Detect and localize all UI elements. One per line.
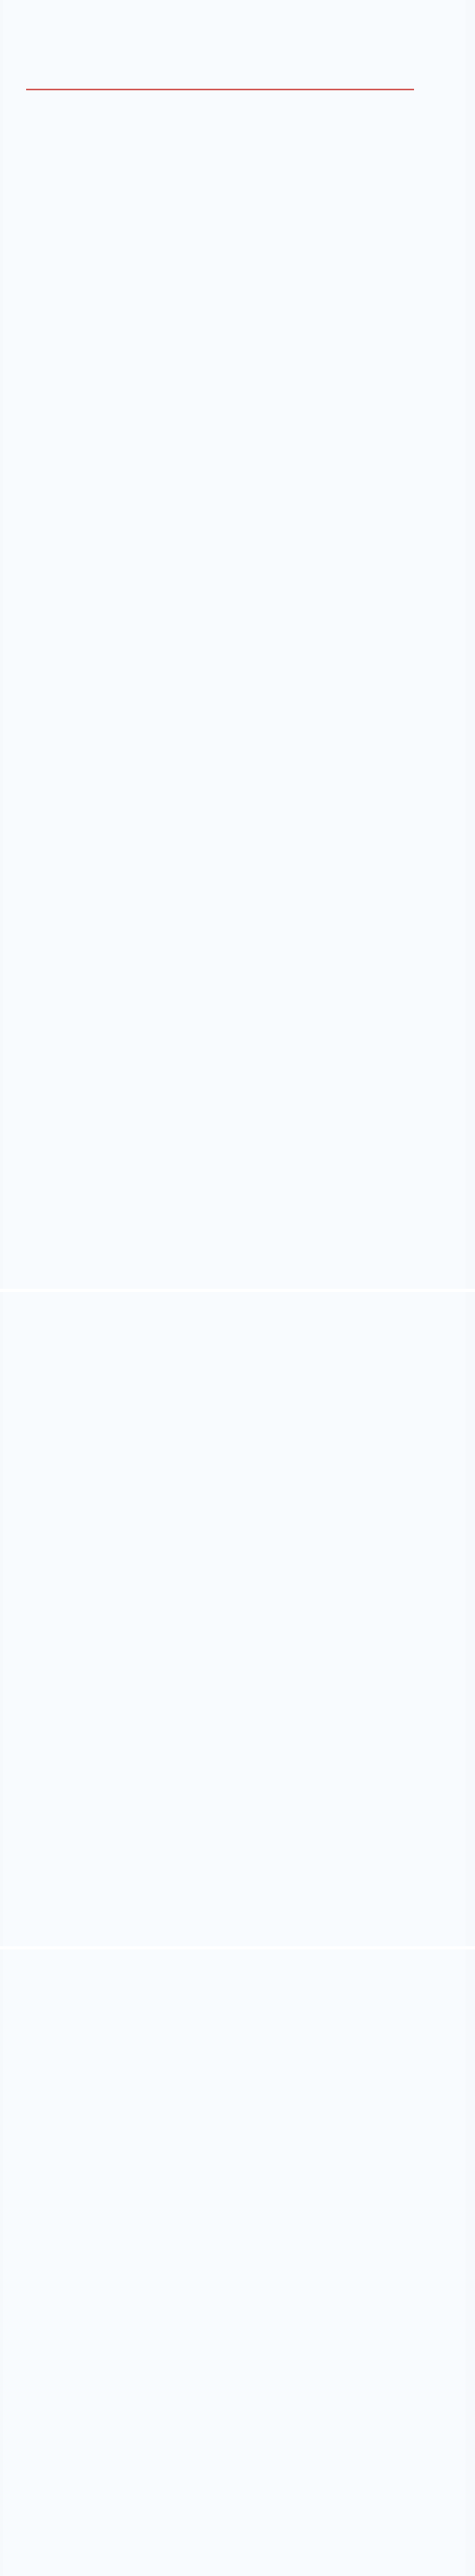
page-2 xyxy=(3,1292,465,1946)
letterhead-rule xyxy=(26,89,414,90)
page-3 xyxy=(3,1949,465,2576)
page-1 xyxy=(3,0,465,1289)
